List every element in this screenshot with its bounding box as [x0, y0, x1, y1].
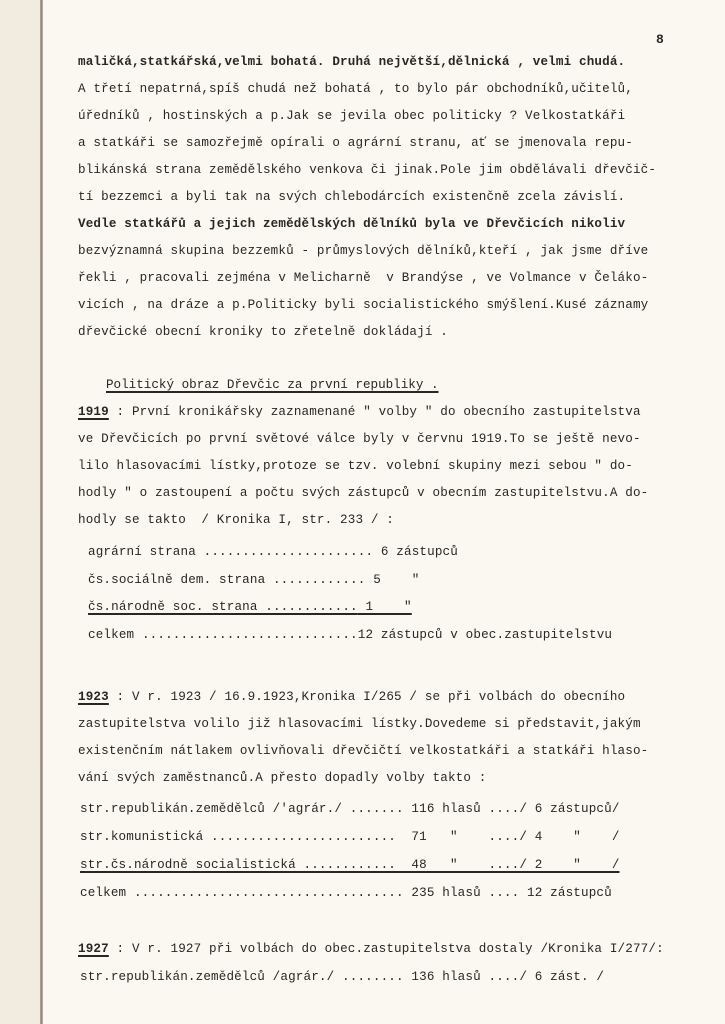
- paragraph-line: zastupitelstva volilo již hlasovacími lí…: [78, 717, 641, 731]
- paragraph-line: dřevčické obecní kroniky to zřetelně dok…: [78, 325, 448, 339]
- year-1927-line: 1927 : V r. 1927 při volbách do obec.zas…: [78, 942, 664, 956]
- party-value: 5 ": [365, 573, 419, 587]
- result-row: čs.národně soc. strana ............ 1 ": [88, 600, 412, 614]
- party-name: čs.národně soc. strana ............: [88, 600, 358, 614]
- paragraph-line: A třetí nepatrná,spíš chudá než bohatá ,…: [78, 82, 633, 96]
- paragraph-line: existenčním nátlakem ovlivňovali dřevčič…: [78, 744, 648, 758]
- party-name: agrární strana ......................: [88, 545, 373, 559]
- result-row: čs.sociálně dem. strana ............ 5 ": [88, 573, 419, 587]
- line-text: : V r. 1923 / 16.9.1923,Kronika I/265 / …: [109, 690, 625, 704]
- paragraph-line: blikánská strana zemědělského venkova či…: [78, 163, 656, 177]
- paragraph-line: lilo hlasovacími lístky,protoze se tzv. …: [78, 459, 633, 473]
- scan-left-margin: [0, 0, 40, 1024]
- line-text: : V r. 1927 při volbách do obec.zastupit…: [109, 942, 664, 956]
- paragraph-line: řekli , pracovali zejména v Melicharně v…: [78, 271, 648, 285]
- result-row: str.čs.národně socialistická ...........…: [80, 858, 620, 872]
- result-row: agrární strana ...................... 6 …: [88, 545, 458, 559]
- paragraph-line: hodly se takto / Kronika I, str. 233 / :: [78, 513, 394, 527]
- paragraph-line: Vedle statkářů a jejich zemědělských děl…: [78, 217, 625, 231]
- result-row: str.komunistická .......................…: [80, 830, 620, 844]
- paragraph-line: úředníků , hostinských a p.Jak se jevila…: [78, 109, 625, 123]
- party-name: čs.sociálně dem. strana ............: [88, 573, 365, 587]
- paragraph-line: maličká,statkářská,velmi bohatá. Druhá n…: [78, 55, 625, 69]
- result-row: str.republikán.zemědělců /'agrár./ .....…: [80, 802, 620, 816]
- paragraph-line: hodly " o zastoupení a počtu svých zástu…: [78, 486, 648, 500]
- result-row: str.republikán.zemědělců /agrár./ ......…: [80, 970, 604, 984]
- section-heading: Politický obraz Dřevčic za první republi…: [106, 378, 439, 392]
- paragraph-line: vání svých zaměstnanců.A přesto dopadly …: [78, 771, 487, 785]
- year-label: 1923: [78, 690, 109, 704]
- party-value: 6 zástupců: [373, 545, 458, 559]
- page-number: 8: [656, 32, 664, 47]
- year-label: 1919: [78, 405, 109, 419]
- paragraph-line: vicích , na dráze a p.Politicky byli soc…: [78, 298, 648, 312]
- party-name: celkem ............................: [88, 628, 358, 642]
- paragraph-line: tí bezzemci a byli tak na svých chlebodá…: [78, 190, 625, 204]
- result-total-row: celkem .................................…: [80, 886, 612, 900]
- year-1919-line: 1919 : První kronikářsky zaznamenané " v…: [78, 405, 641, 419]
- paragraph-line: a statkáři se samozřejmě opírali o agrár…: [78, 136, 633, 150]
- paragraph-line: ve Dřevčicích po první světové válce byl…: [78, 432, 641, 446]
- year-1923-line: 1923 : V r. 1923 / 16.9.1923,Kronika I/2…: [78, 690, 625, 704]
- party-value: 12 zástupců v obec.zastupitelstvu: [358, 628, 612, 642]
- line-text: : První kronikářsky zaznamenané " volby …: [109, 405, 641, 419]
- result-total-row: celkem ............................12 zá…: [88, 628, 612, 642]
- paragraph-line: bezvýznamná skupina bezzemků - průmyslov…: [78, 244, 648, 258]
- party-value: 1 ": [358, 600, 412, 614]
- year-label: 1927: [78, 942, 109, 956]
